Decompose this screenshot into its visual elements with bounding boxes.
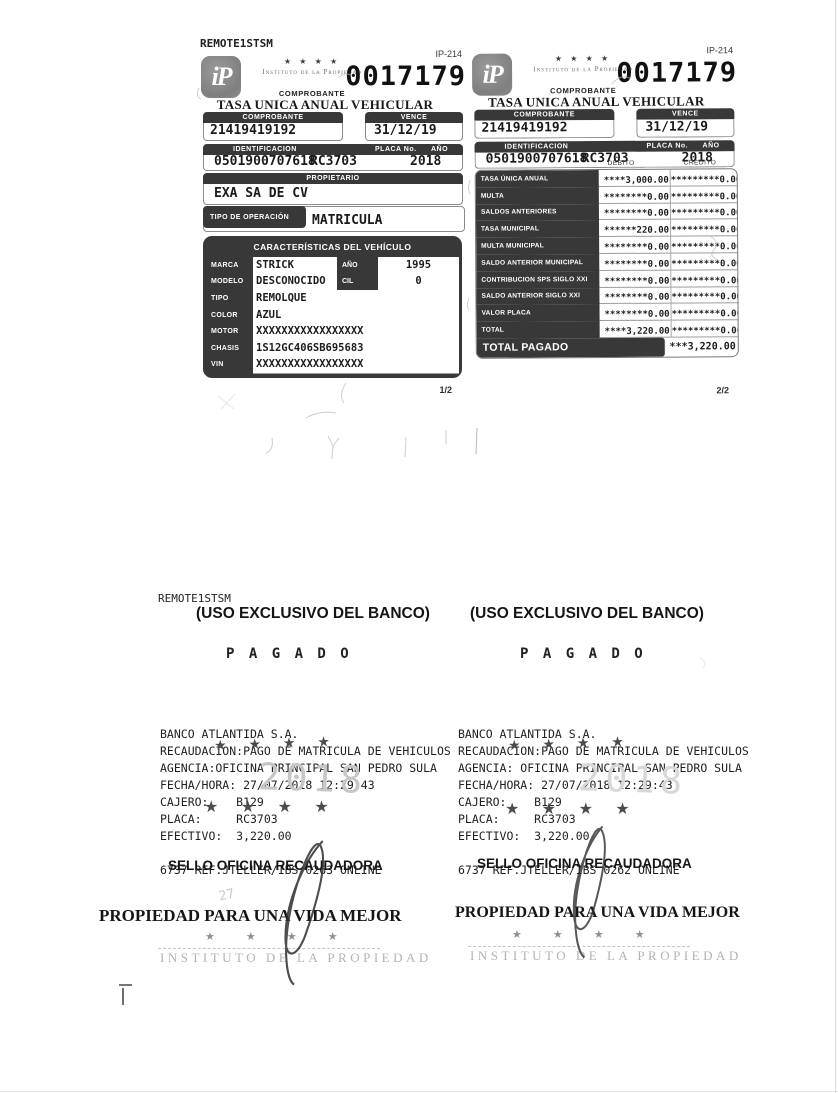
vehicle-row: MODELO DESCONOCIDO CIL 0 xyxy=(206,274,459,291)
charge-debito-value: ********0.00 xyxy=(599,237,670,254)
charge-debito-value: ********0.00 xyxy=(600,304,671,321)
vehicle-row: TIPO REMOLQUE xyxy=(206,290,459,307)
charge-label: TASA ÚNICA ANUAL xyxy=(476,170,599,188)
charge-debito-value: ********0.00 xyxy=(599,254,670,271)
charge-debito-value: ****3,000.00 xyxy=(599,170,670,187)
credito-column-label: CRÉDITO xyxy=(684,159,717,166)
vence-label: VENCE xyxy=(365,112,463,123)
charge-label: TASA MUNICIPAL xyxy=(476,220,599,238)
vehicle-rows: MARCA STRICK AÑO 1995 MODELO DESCONOCIDO… xyxy=(206,257,459,373)
footer-institute-left: INSTITUTO DE LA PROPIEDAD xyxy=(160,950,432,966)
charge-debito-value: ********0.00 xyxy=(599,203,670,220)
charges-row: SALDO ANTERIOR SIGLO XXI ********0.00 **… xyxy=(476,287,737,305)
placa-value: RC3703 xyxy=(310,154,357,169)
form-code: IP-214 xyxy=(706,45,733,55)
charges-row: SALDO ANTERIOR MUNICIPAL ********0.00 **… xyxy=(476,253,737,271)
charge-credito-value: *********0.00 xyxy=(671,304,739,321)
tipo-operacion-label: TIPO DE OPERACIÓN xyxy=(203,206,306,228)
charge-credito-value: *********0.00 xyxy=(670,253,739,270)
vence-box: VENCE 31/12/19 xyxy=(636,108,734,138)
charges-row: SALDOS ANTERIORES ********0.00 *********… xyxy=(476,203,737,221)
tipo-operacion-value: MATRICULA xyxy=(312,213,382,228)
charge-credito-value: *********0.00 xyxy=(670,220,739,237)
vence-box: VENCE 31/12/19 xyxy=(365,112,463,141)
total-pagado-row: TOTAL PAGADO ***3,220.00 xyxy=(477,337,738,358)
vehicle-row-label: VIN xyxy=(206,361,253,368)
charge-credito-value: *********0.00 xyxy=(671,320,739,337)
vehicle-row-value: XXXXXXXXXXXXXXXXX xyxy=(253,356,459,374)
comprobante-value: 21419419192 xyxy=(203,123,343,141)
footer-institute-right: INSTITUTO DE LA PROPIEDAD xyxy=(470,948,742,964)
uso-exclusivo-left: (USO EXCLUSIVO DEL BANCO) xyxy=(196,605,430,623)
identificacion-value: 0501900707618 xyxy=(214,154,316,169)
charge-credito-value: *********0.00 xyxy=(670,287,738,304)
footer-stars-icon: ★ ★ ★ ★ xyxy=(205,930,352,943)
charges-row: TASA ÚNICA ANUAL ****3,000.00 *********0… xyxy=(476,169,737,187)
footer-stars-icon: ★ ★ ★ ★ xyxy=(512,928,659,941)
ano-value: 2018 xyxy=(410,154,441,169)
identificacion-value: 0501900707618 xyxy=(486,151,588,167)
bank-line: EFECTIVO: 3,220.00 xyxy=(458,828,749,845)
comprobante-label: COMPROBANTE xyxy=(474,109,614,121)
charge-debito-value: ********0.00 xyxy=(599,287,670,304)
vehicle-row: MOTOR XXXXXXXXXXXXXXXXX xyxy=(206,323,459,340)
charges-row: CONTRIBUCION SPS SIGLO XXI ********0.00 … xyxy=(476,270,737,288)
stamp-year-right: 2018 xyxy=(577,756,688,803)
vehicle-row-value: AZUL xyxy=(253,306,459,324)
comprobante-vence-row: COMPROBANTE 21419419192 VENCE 31/12/19 xyxy=(471,108,737,139)
vence-label: VENCE xyxy=(636,108,734,120)
pagado-stamp-right: P A G A D O xyxy=(520,646,646,662)
charges-row: MULTA MUNICIPAL ********0.00 *********0.… xyxy=(476,236,737,254)
charge-label: MULTA xyxy=(476,187,599,205)
pencil-mark: 27 xyxy=(218,887,236,905)
vehicle-characteristics-box: CARACTERÍSTICAS DEL VEHÍCULO MARCA STRIC… xyxy=(203,236,462,378)
vehicle-sub-value: 1995 xyxy=(378,257,459,275)
charge-label: SALDO ANTERIOR MUNICIPAL xyxy=(476,254,599,272)
vehicle-row-label: TIPO xyxy=(206,295,253,302)
vehicle-row: MARCA STRICK AÑO 1995 xyxy=(206,257,459,274)
charge-label: TOTAL xyxy=(477,321,600,339)
vehicle-row: CHASIS 1S12GC406SB695683 xyxy=(206,340,459,357)
vehicle-row: COLOR AZUL xyxy=(206,307,459,324)
sello-oficina-left: SELLO OFICINA RECAUDADORA xyxy=(168,858,383,873)
charge-label: SALDO ANTERIOR SIGLO XXI xyxy=(476,288,599,306)
comprobante-label: COMPROBANTE xyxy=(203,112,343,123)
vehicle-row-value: 1S12GC406SB695683 xyxy=(253,339,459,357)
charge-debito-value: ******220.00 xyxy=(599,220,670,237)
receipt-number: 0017179 xyxy=(345,61,466,92)
vehicle-row-label: CHASIS xyxy=(206,345,253,352)
institute-logo-icon: iP xyxy=(472,54,512,96)
vehicle-sub-label: CIL xyxy=(337,274,378,291)
charges-row: TOTAL ****3,220.00 *********0.00 xyxy=(477,320,738,338)
stamp-stars-icon: ★ ★ ★ ★ xyxy=(505,799,639,819)
receipt-stub-payment: iP ★ ★ ★ ★ Instituto de la Propiedad IP-… xyxy=(471,44,739,398)
charge-credito-value: *********0.00 xyxy=(670,236,739,253)
scanned-receipt-page: REMOTE1STSM iP ★ ★ ★ ★ Instituto de la P… xyxy=(0,0,838,1093)
slogan-left: PROPIEDAD PARA UNA VIDA MEJOR xyxy=(99,906,402,926)
total-pagado-value: ***3,220.00 xyxy=(665,337,738,356)
identification-row-values: 0501900707618 RC3703 2018 xyxy=(203,155,463,171)
scan-edge xyxy=(835,0,836,1093)
charge-debito-value: ****3,220.00 xyxy=(600,321,671,338)
page-marker-2: 2/2 xyxy=(716,385,729,395)
identification-row: IDENTIFICACION PLACA No. AÑO 05019007076… xyxy=(203,144,463,171)
propietario-row: PROPIETARIO EXA SA DE CV xyxy=(203,173,463,205)
form-code: IP-214 xyxy=(435,49,462,59)
institute-logo-icon: iP xyxy=(201,56,241,98)
scan-edge xyxy=(0,1091,838,1092)
vehicle-sub-label: AÑO xyxy=(337,257,378,274)
charges-row: MULTA ********0.00 *********0.00 xyxy=(476,186,737,204)
vehicle-row-label: COLOR xyxy=(206,312,253,319)
total-pagado-label: TOTAL PAGADO xyxy=(477,338,665,358)
charges-table: TASA ÚNICA ANUAL ****3,000.00 *********0… xyxy=(475,168,739,359)
vence-value: 31/12/19 xyxy=(365,123,463,141)
sello-oficina-right: SELLO OFICINA RECAUDADORA xyxy=(477,856,692,871)
propietario-value: EXA SA DE CV xyxy=(203,184,463,205)
footer-rule xyxy=(158,948,380,949)
footer-rule xyxy=(468,946,690,947)
receipt-number: 0017179 xyxy=(616,57,737,89)
charge-label: CONTRIBUCION SPS SIGLO XXI xyxy=(476,271,599,289)
charge-label: VALOR PLACA xyxy=(477,304,600,322)
comprobante-box: COMPROBANTE 21419419192 xyxy=(203,112,343,141)
charge-debito-value: ********0.00 xyxy=(599,270,670,287)
charge-label: MULTA MUNICIPAL xyxy=(476,237,599,255)
comprobante-box: COMPROBANTE 21419419192 xyxy=(474,109,614,139)
charges-row: TASA MUNICIPAL ******220.00 *********0.0… xyxy=(476,220,737,238)
pagado-stamp-left: P A G A D O xyxy=(226,646,352,662)
slogan-right: PROPIEDAD PARA UNA VIDA MEJOR xyxy=(455,904,740,922)
vehicle-sub-value: 0 xyxy=(378,273,459,291)
charge-label: SALDOS ANTERIORES xyxy=(476,204,599,222)
vehicle-box-title: CARACTERÍSTICAS DEL VEHÍCULO xyxy=(203,236,462,252)
charge-debito-value: ********0.00 xyxy=(599,186,670,203)
terminal-id-bottom: REMOTE1STSM xyxy=(158,592,231,605)
charge-credito-value: *********0.00 xyxy=(670,186,739,203)
charges-rows: TASA ÚNICA ANUAL ****3,000.00 *********0… xyxy=(476,169,738,339)
vence-value: 31/12/19 xyxy=(636,119,734,138)
bank-line: EFECTIVO: 3,220.00 xyxy=(160,828,451,845)
receipt-title: TASA UNICA ANUAL VEHICULAR xyxy=(200,97,450,113)
page-marker-1: 1/2 xyxy=(439,385,452,395)
comprobante-value: 21419419192 xyxy=(474,120,614,139)
charges-row: VALOR PLACA ********0.00 *********0.00 xyxy=(477,304,738,322)
vehicle-row-value: DESCONOCIDO xyxy=(253,273,337,291)
stamp-stars-icon: ★ ★ ★ ★ xyxy=(204,797,338,817)
vehicle-row-value: XXXXXXXXXXXXXXXXX xyxy=(253,323,459,341)
vehicle-row-value: REMOLQUE xyxy=(253,290,459,308)
comprobante-vence-row: COMPROBANTE 21419419192 VENCE 31/12/19 xyxy=(200,112,466,141)
charge-credito-value: *********0.00 xyxy=(670,270,739,287)
vehicle-row: VIN XXXXXXXXXXXXXXXXX xyxy=(206,356,459,373)
vehicle-row-value: STRICK xyxy=(253,257,337,275)
charge-credito-value: *********0.00 xyxy=(670,203,739,220)
vehicle-row-label: MARCA xyxy=(206,262,253,269)
vehicle-row-label: MODELO xyxy=(206,278,253,285)
stamp-year-left: 2018 xyxy=(257,755,368,802)
tipo-operacion-row: TIPO DE OPERACIÓN MATRICULA xyxy=(203,206,465,232)
propietario-label: PROPIETARIO xyxy=(203,173,463,184)
debito-column-label: DÉBITO xyxy=(608,160,635,167)
receipt-stub-vehicle: iP ★ ★ ★ ★ Instituto de la Propiedad IP-… xyxy=(200,48,466,400)
charge-credito-value: *********0.00 xyxy=(670,169,739,186)
uso-exclusivo-right: (USO EXCLUSIVO DEL BANCO) xyxy=(470,605,704,623)
vehicle-row-label: MOTOR xyxy=(206,328,253,335)
